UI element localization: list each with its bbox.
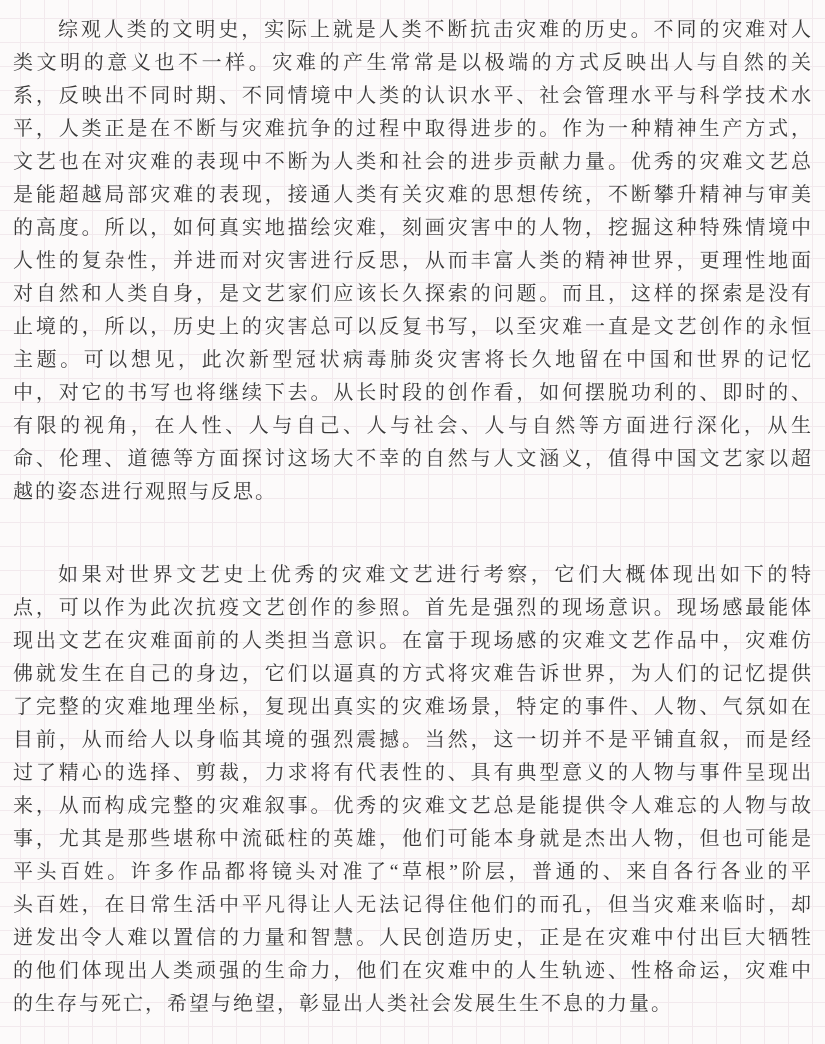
text-line: 过了精心的选择、剪裁，力求将有代表性的、具有典型意义的人物与事件呈现出 [13, 757, 813, 790]
text-line: 综观人类的文明史，实际上就是人类不断抗击灾难的历史。不同的灾难对人 [13, 14, 813, 47]
text-line: 头百姓，在日常生活中平凡得让人无法记得住他们的而孔，但当灾难来临时，却 [13, 889, 813, 922]
text-line: 点，可以作为此次抗疫文艺创作的参照。首先是强烈的现场意识。现场感最能体 [13, 592, 813, 625]
text-line: 如果对世界文艺史上优秀的灾难文艺进行考察，它们大概体现出如下的特 [13, 559, 813, 592]
text-line: 目前，从而给人以身临其境的强烈震撼。当然，这一切并不是平铺直叙，而是经 [13, 724, 813, 757]
text-line: 的高度。所以，如何真实地描绘灾难，刻画灾害中的人物，挖掘这种特殊情境中 [13, 212, 813, 245]
text-line: 迸发出令人难以置信的力量和智慧。人民创造历史，正是在灾难中付出巨大牺牲 [13, 922, 813, 955]
text-line: 平头百姓。许多作品都将镜头对准了“草根”阶层，普通的、来自各行各业的平 [13, 856, 813, 889]
text-line: 的生存与死亡，希望与绝望，彰显出人类社会发展生生不息的力量。 [13, 988, 813, 1021]
text-line: 是能超越局部灾难的表现，接通人类有关灾难的思想传统，不断攀升精神与审美 [13, 179, 813, 212]
text-line: 命、伦理、道德等方面探讨这场大不幸的自然与人文涵义，值得中国文艺家以超 [13, 443, 813, 476]
text-line: 对自然和人类自身，是文艺家们应该长久探索的问题。而且，这样的探索是没有 [13, 278, 813, 311]
paragraph-1: 综观人类的文明史，实际上就是人类不断抗击灾难的历史。不同的灾难对人类文明的意义也… [13, 14, 813, 509]
text-line: 的他们体现出人类顽强的生命力，他们在灾难中的人生轨迹、性格命运，灾难中 [13, 955, 813, 988]
document-page: 综观人类的文明史，实际上就是人类不断抗击灾难的历史。不同的灾难对人类文明的意义也… [0, 0, 825, 1044]
text-line: 现出文艺在灾难面前的人类担当意识。在富于现场感的灾难文艺作品中，灾难仿 [13, 625, 813, 658]
text-line: 止境的，所以，历史上的灾害总可以反复书写，以至灾难一直是文艺创作的永恒 [13, 311, 813, 344]
text-line: 越的姿态进行观照与反思。 [13, 476, 813, 509]
text-line: 有限的视角，在人性、人与自己、人与社会、人与自然等方面进行深化，从生 [13, 410, 813, 443]
text-line: 事，尤其是那些堪称中流砥柱的英雄，他们可能本身就是杰出人物，但也可能是 [13, 823, 813, 856]
text-line: 佛就发生在自己的身边，它们以逼真的方式将灾难告诉世界，为人们的记忆提供 [13, 658, 813, 691]
text-line: 了完整的灾难地理坐标，复现出真实的灾难场景，特定的事件、人物、气氛如在 [13, 691, 813, 724]
text-line: 系，反映出不同时期、不同情境中人类的认识水平、社会管理水平与科学技术水 [13, 80, 813, 113]
text-line: 文艺也在对灾难的表现中不断为人类和社会的进步贡献力量。优秀的灾难文艺总 [13, 146, 813, 179]
text-line: 中，对它的书写也将继续下去。从长时段的创作看，如何摆脱功利的、即时的、 [13, 377, 813, 410]
paragraph-2: 如果对世界文艺史上优秀的灾难文艺进行考察，它们大概体现出如下的特点，可以作为此次… [13, 559, 813, 1021]
text-line: 平，人类正是在不断与灾难抗争的过程中取得进步的。作为一种精神生产方式， [13, 113, 813, 146]
text-line: 来，从而构成完整的灾难叙事。优秀的灾难文艺总是能提供令人难忘的人物与故 [13, 790, 813, 823]
text-line: 人性的复杂性，并进而对灾害进行反思，从而丰富人类的精神世界，更理性地面 [13, 245, 813, 278]
text-line: 类文明的意义也不一样。灾难的产生常常是以极端的方式反映出人与自然的关 [13, 47, 813, 80]
text-line: 主题。可以想见，此次新型冠状病毒肺炎灾害将长久地留在中国和世界的记忆 [13, 344, 813, 377]
